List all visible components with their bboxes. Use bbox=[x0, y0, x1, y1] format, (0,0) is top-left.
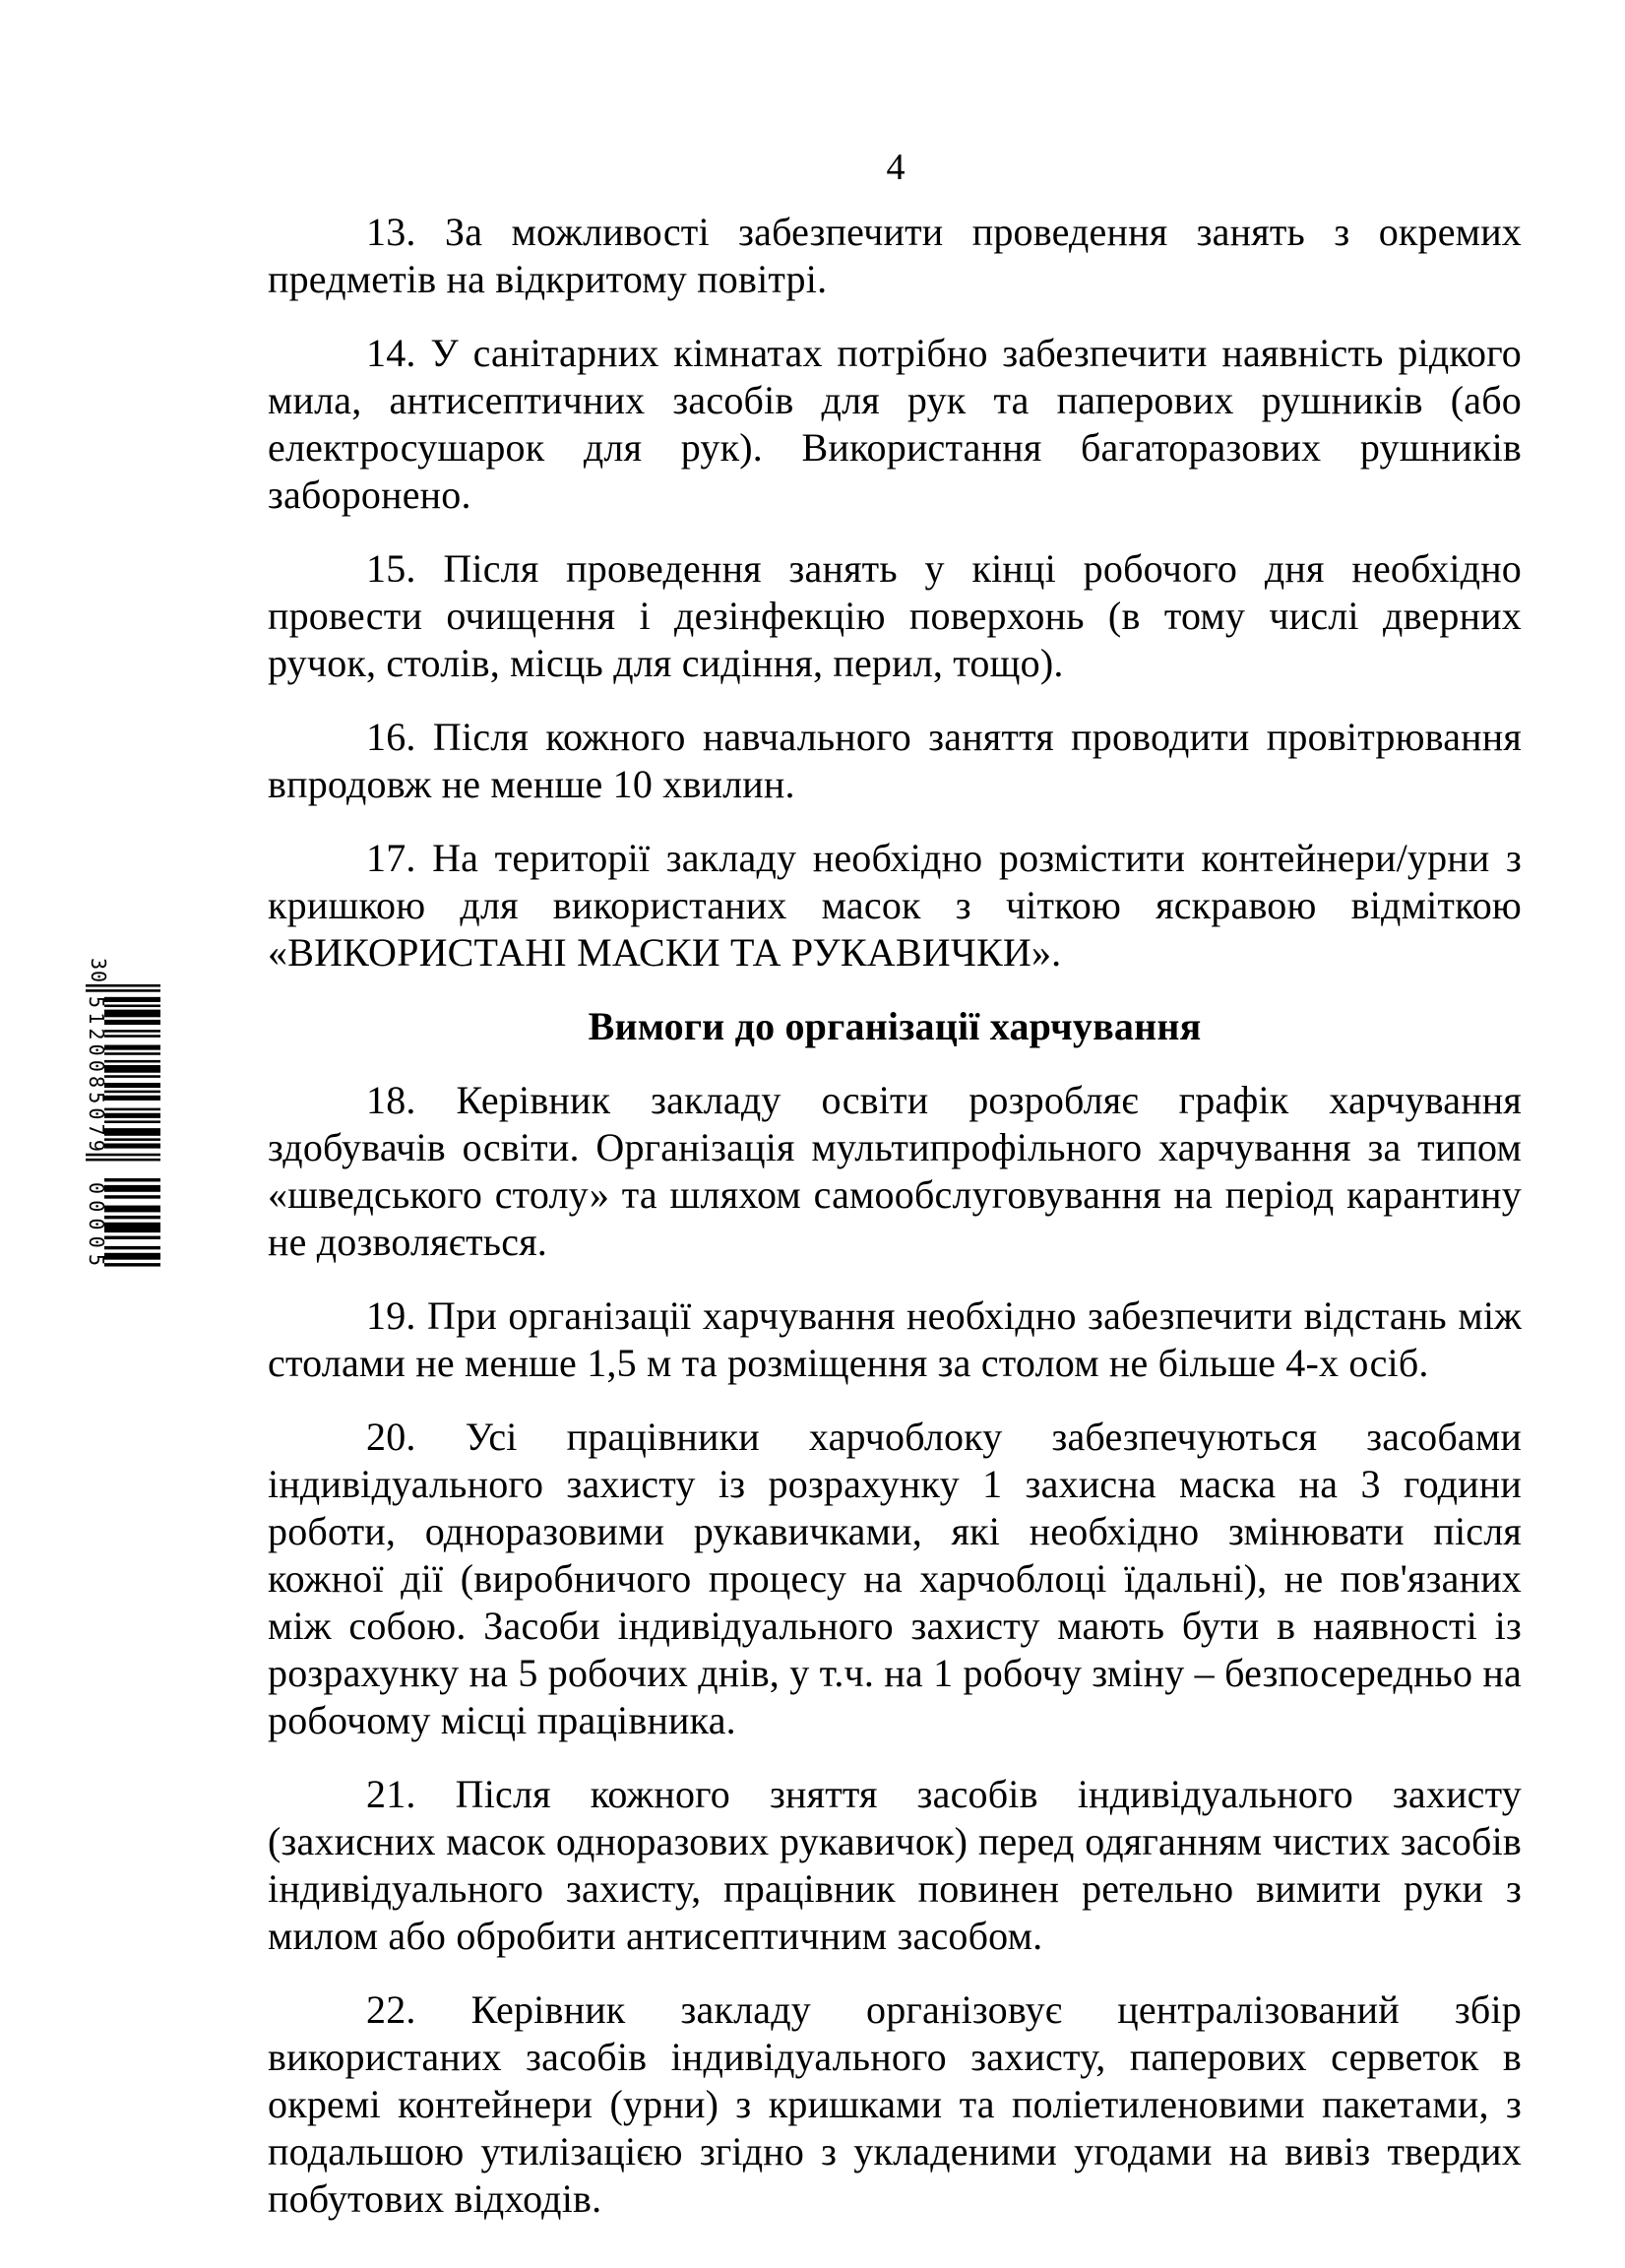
barcode-main-group: 5120085079 bbox=[86, 984, 160, 1164]
barcode-addon-digits: 00005 bbox=[86, 1182, 107, 1266]
paragraph-21: 21. Після кожного зняття засобів індивід… bbox=[268, 1771, 1522, 1960]
paragraph-16: 16. Після кожного навчального заняття пр… bbox=[268, 714, 1522, 808]
barcode-main-digits: 5120085079 bbox=[86, 996, 107, 1152]
document-body: 13. За можливості забезпечити проведення… bbox=[268, 209, 1522, 2249]
paragraph-22: 22. Керівник закладу організовує централ… bbox=[268, 1986, 1522, 2223]
paragraph-15: 15. Після проведення занять у кінці робо… bbox=[268, 545, 1522, 687]
page-number: 4 bbox=[866, 146, 925, 189]
barcode-addon-group: 00005 bbox=[86, 1178, 160, 1270]
scanned-document-page: { "page": { "number": "4" }, "content": … bbox=[0, 0, 1625, 2268]
registration-barcode: 30 5120085079 00005 bbox=[86, 958, 160, 1270]
barcode-prefix-digits: 30 bbox=[88, 958, 109, 983]
paragraph-17: 17. На території закладу необхідно розмі… bbox=[268, 835, 1522, 976]
paragraph-20: 20. Усі працівники харчоблоку забезпечую… bbox=[268, 1414, 1522, 1744]
paragraph-19: 19. При організації харчування необхідно… bbox=[268, 1292, 1522, 1387]
paragraph-18: 18. Керівник закладу освіти розробляє гр… bbox=[268, 1077, 1522, 1266]
paragraph-14: 14. У санітарних кімнатах потрібно забез… bbox=[268, 330, 1522, 519]
paragraph-13: 13. За можливості забезпечити проведення… bbox=[268, 209, 1522, 303]
section-heading: Вимоги до організації харчування bbox=[268, 1003, 1522, 1050]
